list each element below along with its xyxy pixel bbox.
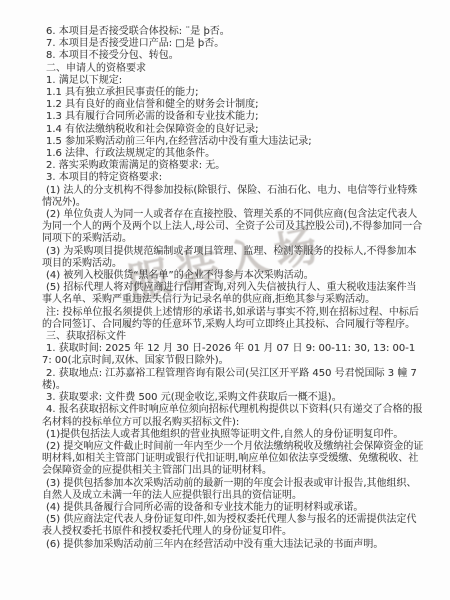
document-paragraph: 2. 获取地点: 江苏嘉裕工程管理咨询有限公司(吴江区开平路 450 号君悦国际… xyxy=(42,368,424,392)
document-paragraph: (5) 招标代理人将对供应商进行信用查询,对列入失信被执行人、重大税收违法案件当… xyxy=(42,282,424,306)
document-paragraph: (2) 提交响应文件截止时间前一年内至少一个月依法缴纳税收及缴纳社会保障资金的证… xyxy=(42,441,424,478)
document-paragraph: (4) 被列入校服供货“黑名单”的企业不得参与本次采购活动。 xyxy=(42,270,424,282)
document-paragraph: 7. 本项目是否接受进口产品: □是 þ否。 xyxy=(42,38,424,50)
document-paragraph: (6) 提供参加采购活动前三年内在经营活动中没有重大违法记录的书面声明。 xyxy=(42,539,424,551)
document-paragraph: 三、获取招标文件 xyxy=(42,331,424,343)
document-paragraph: 1.2 具有良好的商业信誉和健全的财务会计制度; xyxy=(42,99,424,111)
document-paragraph: 6. 本项目是否接受联合体投标: ¨是 þ否。 xyxy=(42,26,424,38)
document-paragraph: 4. 报名获取招标文件时响应单位须向招标代理机构提供以下资料(只有递交了合格的报… xyxy=(42,404,424,428)
document-paragraph: 8. 本项目不接受分包、转包。 xyxy=(42,50,424,62)
document-paragraph: 1.1 具有独立承担民事责任的能力; xyxy=(42,87,424,99)
document-paragraph: 3. 获取要求: 文件费 500 元(现金收讫,采购文件获取后一概不退)。 xyxy=(42,392,424,404)
document-paragraph: 1.3 具有履行合同所必需的设备和专业技术能力; xyxy=(42,111,424,123)
document-paragraph: (5) 供应商法定代表人身份证复印件,如为授权委托代理人参与报名的还需提供法定代… xyxy=(42,514,424,538)
document-paragraph: (3) 为采购项目提供规范编制或者项目管理、监理、检测等服务的投标人,不得参加本… xyxy=(42,246,424,270)
document-paragraph: 注: 投标单位报名须提供上述情形的承诺书,如承诺与事实不符,则在招标过程、中标后… xyxy=(42,307,424,331)
document-paragraph: 1. 获取时间: 2025 年 12 月 30 日-2026 年 01 月 07… xyxy=(42,343,424,367)
document-content: 6. 本项目是否接受联合体投标: ¨是 þ否。7. 本项目是否接受进口产品: □… xyxy=(42,26,424,551)
document-paragraph: 1. 满足以下规定: xyxy=(42,75,424,87)
document-paragraph: 1.6 法律、行政法规规定的其他条件。 xyxy=(42,148,424,160)
document-paragraph: 二、申请人的资格要求 xyxy=(42,63,424,75)
document-paragraph: 1.4 有依法缴纳税收和社会保障资金的良好记录; xyxy=(42,124,424,136)
document-paragraph: 3. 本项目的特定资格要求: xyxy=(42,172,424,184)
document-paragraph: 2. 落实采购政策需满足的资格要求: 无。 xyxy=(42,160,424,172)
document-paragraph: (2) 单位负责人为同一人或者存在直接控股、管理关系的不同供应商(包含法定代表人… xyxy=(42,209,424,246)
document-paragraph: (3) 提供包括参加本次采购活动前的最新一期的年度会计报表或审计报告,其他组织、… xyxy=(42,478,424,502)
document-page: 服装入场 6. 本项目是否接受联合体投标: ¨是 þ否。7. 本项目是否接受进口… xyxy=(0,0,450,600)
document-paragraph: 1.5 参加采购活动前三年内,在经营活动中没有重大违法记录; xyxy=(42,136,424,148)
document-paragraph: (1) 法人的分支机构不得参加投标(除银行、保险、石油石化、电力、电信等行业特殊… xyxy=(42,185,424,209)
document-paragraph: (4) 提供具备履行合同所必需的设备和专业技术能力的证明材料或承诺。 xyxy=(42,502,424,514)
document-paragraph: (1)提供包括法人或者其他组织的营业执照等证明文件,自然人的身份证明复印件。 xyxy=(42,429,424,441)
